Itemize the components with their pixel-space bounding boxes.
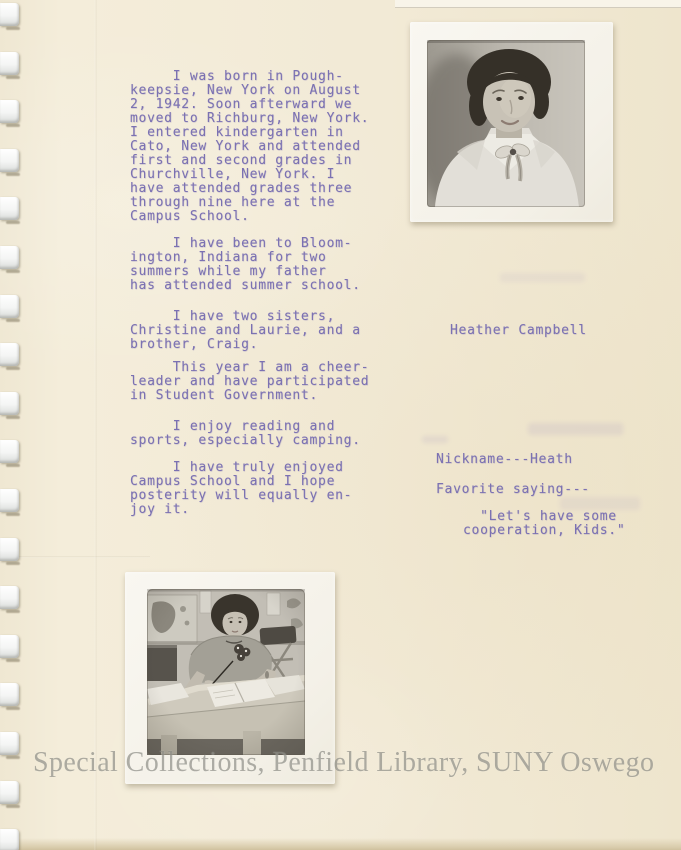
binding-slot-shadow: [6, 27, 20, 30]
paper-crease: [94, 0, 97, 850]
ink-ghost-smudge: [528, 423, 623, 435]
desk-photo: [147, 589, 305, 755]
binding-slot-shadow: [6, 221, 20, 224]
binding-slot-shadow: [6, 124, 20, 127]
favorite-saying-label: Favorite saying---: [436, 483, 590, 497]
binding-slot-shadow: [6, 173, 20, 176]
binding-slot-shadow: [6, 562, 20, 565]
binding-comb-tab: [0, 149, 19, 172]
binding-comb-tab: [0, 246, 19, 269]
binding-slot-shadow: [6, 513, 20, 516]
binding-comb-tab: [0, 100, 19, 123]
favorite-saying-quote: "Let's have some cooperation, Kids.": [463, 510, 625, 538]
binding-comb-tab: [0, 781, 19, 804]
binding-comb-tab: [0, 683, 19, 706]
binding-comb-tab: [0, 586, 19, 609]
portrait-photo: [427, 40, 585, 207]
binding-slot-shadow: [6, 805, 20, 808]
binding-comb-tab: [0, 295, 19, 318]
binding-comb-tab: [0, 732, 19, 755]
autobiography-paragraph-5: I enjoy reading and sports, especially c…: [130, 420, 361, 448]
binding-comb-tab: [0, 538, 19, 561]
portrait-photo-mount: [410, 22, 613, 222]
page-bottom-edge: [0, 838, 681, 850]
nickname-line: Nickname---Heath: [436, 453, 573, 467]
scrapbook-page: I was born in Pough- keepsie, New York o…: [0, 0, 681, 850]
autobiography-paragraph-2: I have been to Bloom- ington, Indiana fo…: [130, 237, 361, 293]
binding-comb-tab: [0, 52, 19, 75]
library-watermark: Special Collections, Penfield Library, S…: [33, 747, 654, 779]
binding-slot-shadow: [6, 367, 20, 370]
paper-crease: [0, 556, 150, 558]
binding-comb-tab: [0, 343, 19, 366]
autobiography-paragraph-6: I have truly enjoyed Campus School and I…: [130, 461, 352, 517]
binding-slot-shadow: [6, 319, 20, 322]
binding-comb-tab: [0, 489, 19, 512]
page-top-edge: [395, 0, 681, 8]
binding-slot-shadow: [6, 756, 20, 759]
binding-comb-tab: [0, 635, 19, 658]
ink-ghost-smudge: [422, 436, 448, 443]
binding-slot-shadow: [6, 416, 20, 419]
binding-comb-tab: [0, 829, 19, 850]
autobiography-paragraph-4: This year I am a cheer- leader and have …: [130, 361, 369, 403]
binding-slot-shadow: [6, 76, 20, 79]
binding-comb-tab: [0, 197, 19, 220]
binding-slot-shadow: [6, 270, 20, 273]
binding-slot-shadow: [6, 659, 20, 662]
ink-ghost-smudge: [500, 273, 585, 282]
binding-comb-tab: [0, 3, 19, 26]
student-name: Heather Campbell: [450, 324, 587, 338]
binding-comb-tab: [0, 392, 19, 415]
binding-slot-shadow: [6, 707, 20, 710]
autobiography-paragraph-3: I have two sisters, Christine and Laurie…: [130, 310, 361, 352]
binding-slot-shadow: [6, 464, 20, 467]
binding-slot-shadow: [6, 610, 20, 613]
autobiography-paragraph-1: I was born in Pough- keepsie, New York o…: [130, 70, 369, 224]
binding-comb-tab: [0, 440, 19, 463]
